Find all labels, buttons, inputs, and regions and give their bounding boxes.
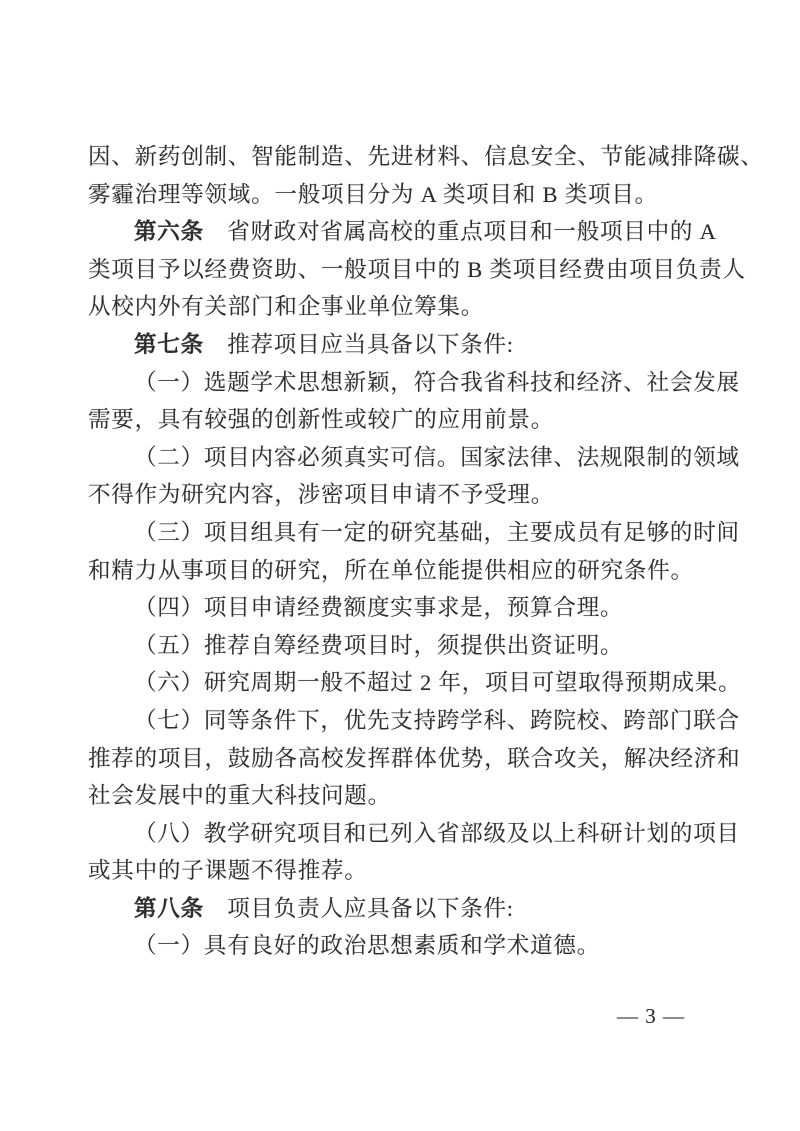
text-line: 从校内外有关部门和企事业单位筹集。 [88, 288, 718, 326]
text-line: 和精力从事项目的研究，所在单位能提供相应的研究条件。 [88, 552, 718, 590]
text-line: 第七条 推荐项目应当具备以下条件: [88, 326, 718, 364]
text-segment: 和精力从事项目的研究，所在单位能提供相应的研究条件。 [88, 558, 694, 583]
text-segment: 或其中的子课题不得推荐。 [88, 858, 368, 883]
text-line: 或其中的子课题不得推荐。 [88, 852, 718, 890]
text-line: （三）项目组具有一定的研究基础，主要成员有足够的时间 [88, 514, 718, 552]
text-line: （七）同等条件下，优先支持跨学科、跨院校、跨部门联合 [88, 702, 718, 740]
text-segment: （四）项目申请经费额度实事求是，预算合理。 [134, 595, 623, 620]
text-segment: 雾霾治理等领域。一般项目分为 A 类项目和 B 类项目。 [88, 182, 658, 207]
text-segment: （二）项目内容必须真实可信。国家法律、法规限制的领域 [134, 445, 740, 470]
text-segment: （六）研究周期一般不超过 2 年，项目可望取得预期成果。 [134, 670, 741, 695]
page-number: — 3 — [606, 1001, 696, 1031]
text-segment: 省财政对省属高校的重点项目和一般项目中的 A [204, 219, 717, 244]
text-line: 类项目予以经费资助、一般项目中的 B 类项目经费由项目负责人 [88, 251, 718, 289]
text-line: 第八条 项目负责人应具备以下条件: [88, 890, 718, 928]
text-segment: （七）同等条件下，优先支持跨学科、跨院校、跨部门联合 [134, 708, 740, 733]
text-line: 社会发展中的重大科技问题。 [88, 777, 718, 815]
text-segment: （一）选题学术思想新颖，符合我省科技和经济、社会发展 [134, 370, 740, 395]
document-body: 因、新药创制、智能制造、先进材料、信息安全、节能减排降碳、雾霾治理等领域。一般项… [88, 138, 718, 965]
text-line: 因、新药创制、智能制造、先进材料、信息安全、节能减排降碳、 [88, 138, 718, 176]
text-segment: （五）推荐自筹经费项目时，须提供出资证明。 [134, 633, 623, 658]
text-segment: （三）项目组具有一定的研究基础，主要成员有足够的时间 [134, 520, 740, 545]
text-segment: 因、新药创制、智能制造、先进材料、信息安全、节能减排降碳、 [88, 144, 764, 169]
document-page: 因、新药创制、智能制造、先进材料、信息安全、节能减排降碳、雾霾治理等领域。一般项… [0, 0, 800, 1131]
text-segment: 项目负责人应具备以下条件: [204, 896, 514, 921]
text-segment: （八）教学研究项目和已列入省部级及以上科研计划的项目 [134, 821, 740, 846]
text-line: （二）项目内容必须真实可信。国家法律、法规限制的领域 [88, 439, 718, 477]
text-line: （一）选题学术思想新颖，符合我省科技和经济、社会发展 [88, 364, 718, 402]
text-line: 雾霾治理等领域。一般项目分为 A 类项目和 B 类项目。 [88, 176, 718, 214]
text-segment: 推荐项目应当具备以下条件: [204, 332, 514, 357]
text-line: （五）推荐自筹经费项目时，须提供出资证明。 [88, 627, 718, 665]
text-line: 不得作为研究内容，涉密项目申请不予受理。 [88, 476, 718, 514]
text-segment: 类项目予以经费资助、一般项目中的 B 类项目经费由项目负责人 [88, 257, 746, 282]
article-heading: 第七条 [134, 332, 204, 357]
text-segment: （一）具有良好的政治思想素质和学术道德。 [134, 933, 600, 958]
text-line: 需要，具有较强的创新性或较广的应用前景。 [88, 401, 718, 439]
text-line: 第六条 省财政对省属高校的重点项目和一般项目中的 A [88, 213, 718, 251]
text-line: （四）项目申请经费额度实事求是，预算合理。 [88, 589, 718, 627]
text-line: （八）教学研究项目和已列入省部级及以上科研计划的项目 [88, 815, 718, 853]
text-line: （六）研究周期一般不超过 2 年，项目可望取得预期成果。 [88, 664, 718, 702]
text-segment: 需要，具有较强的创新性或较广的应用前景。 [88, 407, 554, 432]
text-segment: 不得作为研究内容，涉密项目申请不予受理。 [88, 482, 554, 507]
text-segment: 推荐的项目，鼓励各高校发挥群体优势，联合攻关，解决经济和 [88, 746, 740, 771]
text-segment: 从校内外有关部门和企事业单位筹集。 [88, 294, 484, 319]
article-heading: 第六条 [134, 219, 204, 244]
text-line: 推荐的项目，鼓励各高校发挥群体优势，联合攻关，解决经济和 [88, 740, 718, 778]
text-line: （一）具有良好的政治思想素质和学术道德。 [88, 927, 718, 965]
text-segment: 社会发展中的重大科技问题。 [88, 783, 391, 808]
article-heading: 第八条 [134, 896, 204, 921]
